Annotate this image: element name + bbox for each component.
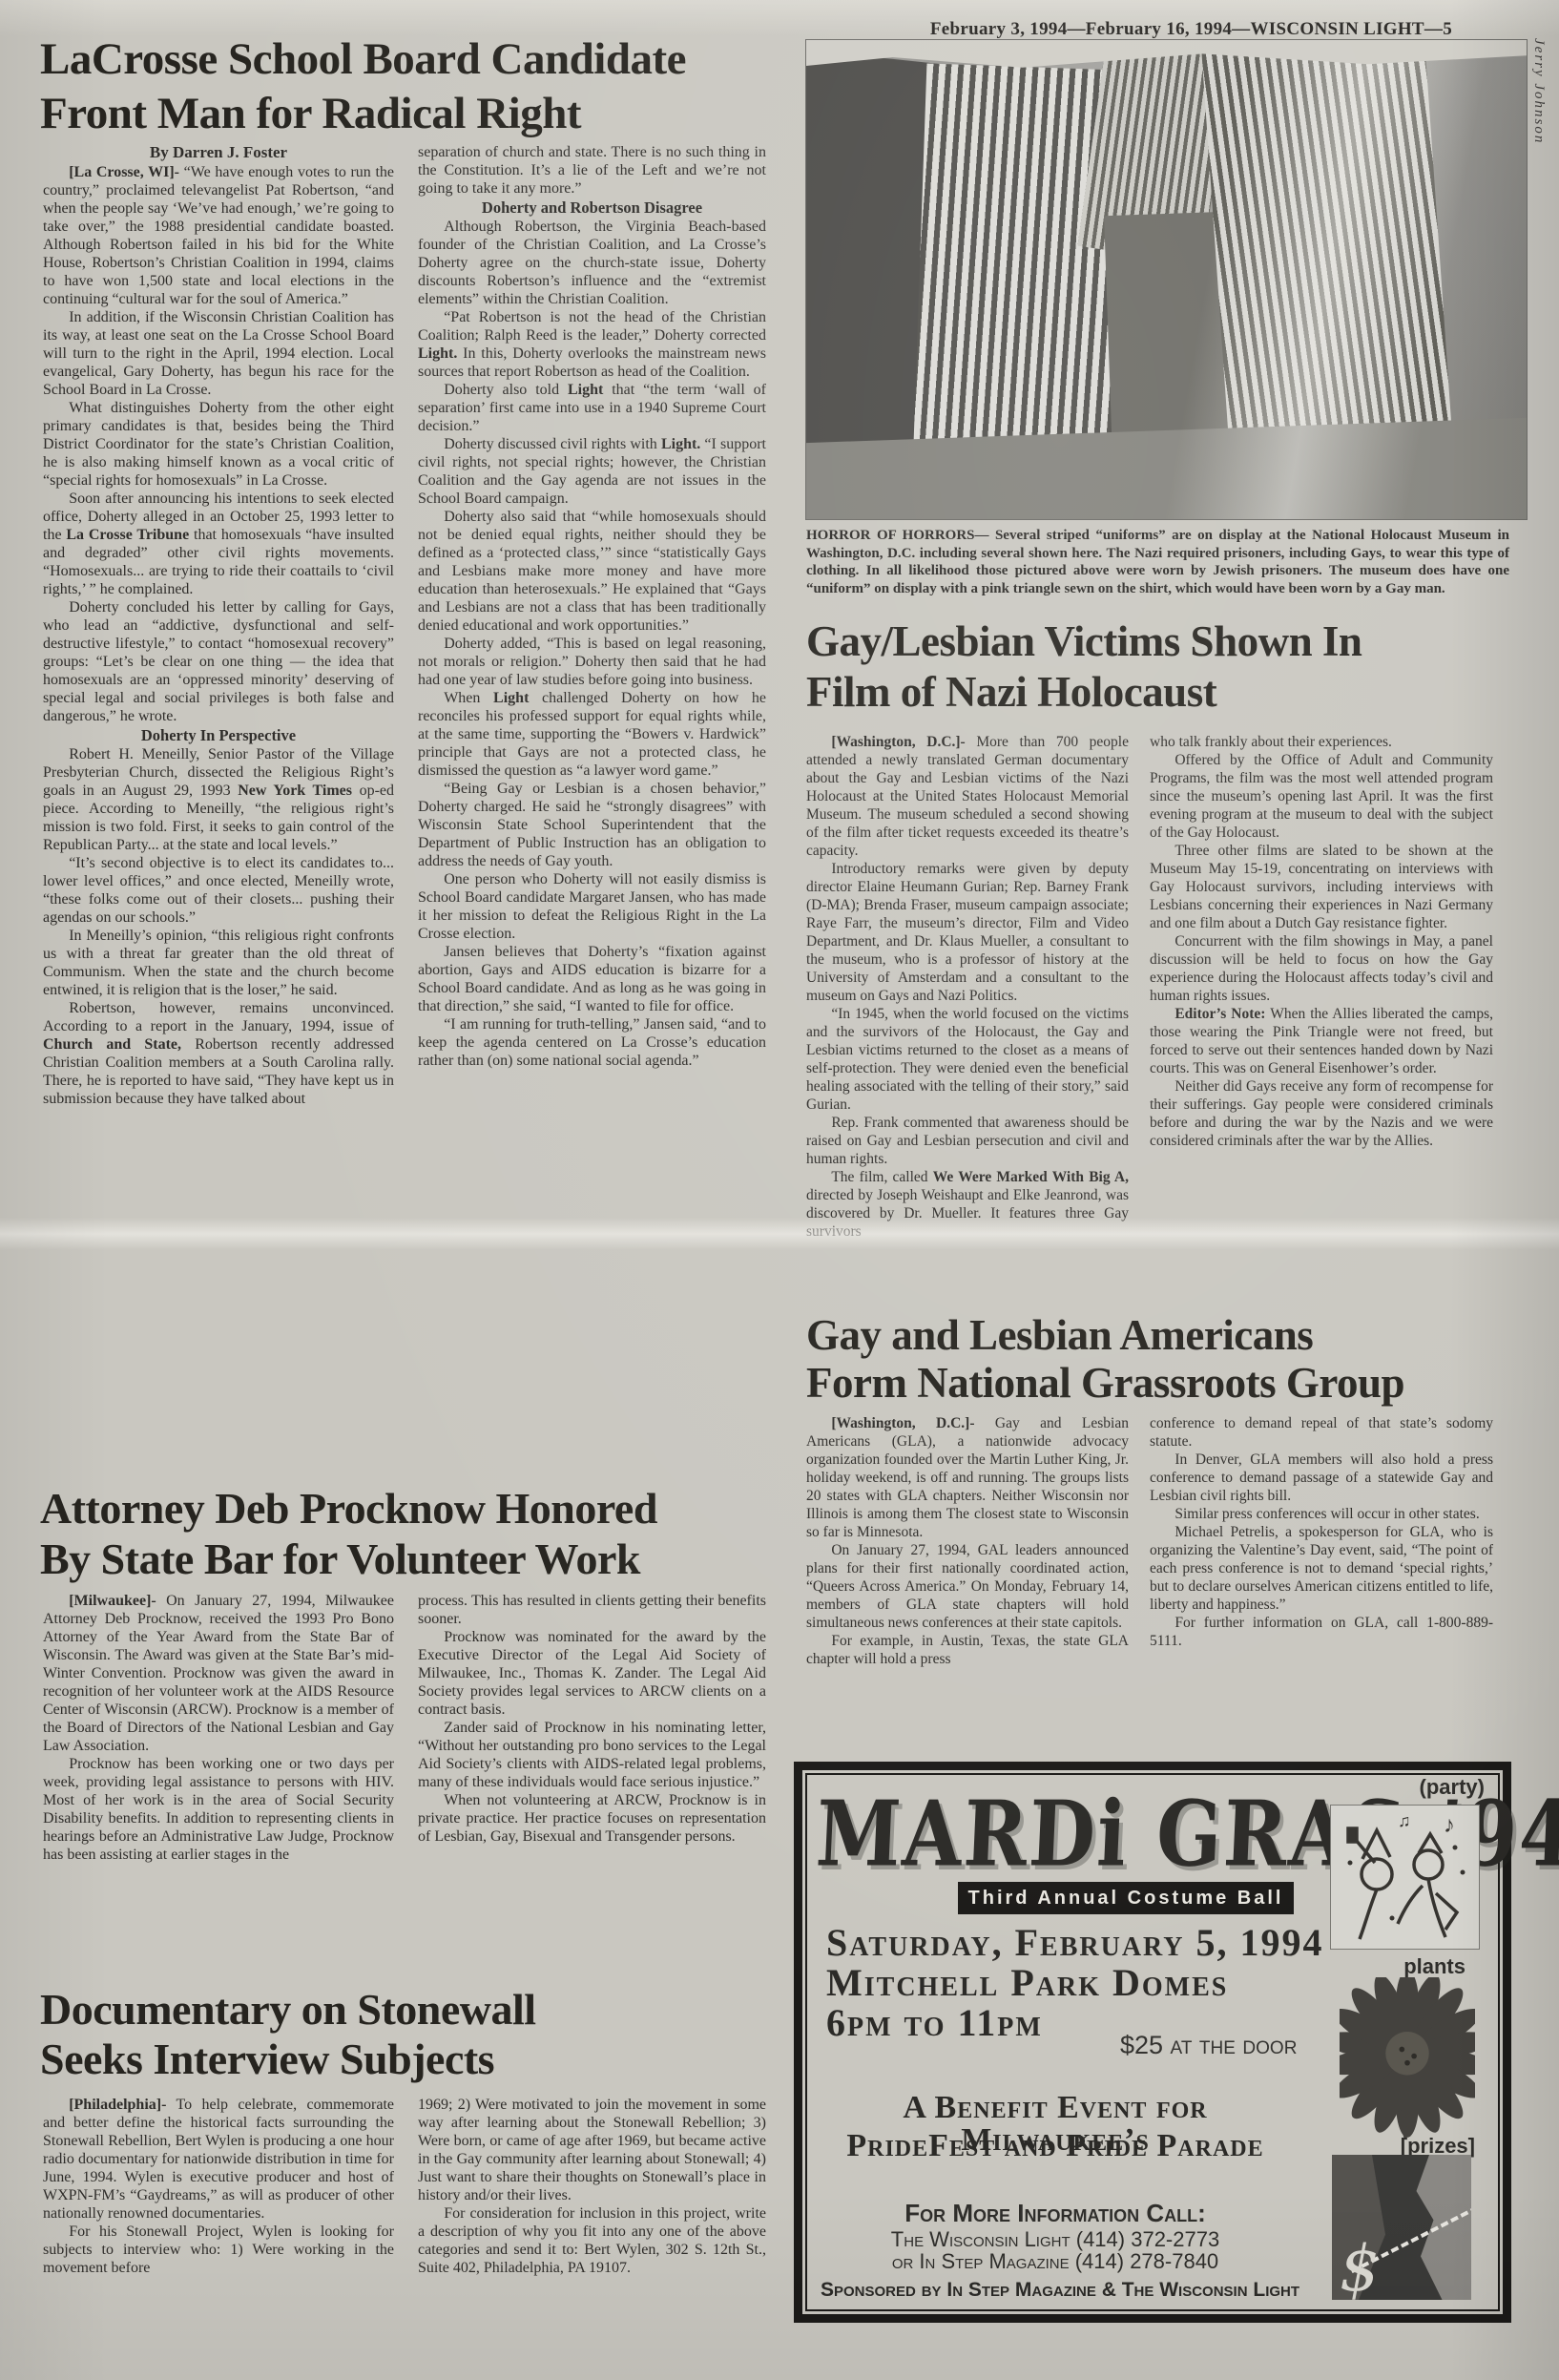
article-lacrosse-col1: By Darren J. Foster [La Crosse, WI]- “We… bbox=[43, 143, 394, 1479]
article-paragraph: Michael Petrelis, a spokesperson for GLA… bbox=[1150, 1523, 1493, 1614]
article-paragraph: “I am running for truth-telling,” Jansen… bbox=[418, 1015, 766, 1070]
article-paragraph: [La Crosse, WI]- “We have enough votes t… bbox=[43, 163, 394, 308]
headline-holocaust: Gay/Lesbian Victims Shown InFilm of Nazi… bbox=[806, 616, 1550, 718]
article-column-text: [Washington, D.C.]- Gay and Lesbian Amer… bbox=[806, 1414, 1129, 1668]
ad-event-date: Saturday, February 5, 1994 bbox=[826, 1924, 1324, 1962]
article-column-text: conference to demand repeal of that stat… bbox=[1150, 1414, 1493, 1650]
article-column-text: process. This has resulted in clients ge… bbox=[418, 1592, 766, 1846]
article-paragraph: The film, called We Were Marked With Big… bbox=[806, 1168, 1129, 1241]
article-paragraph: What distinguishes Doherty from the othe… bbox=[43, 399, 394, 490]
article-gla-col1: [Washington, D.C.]- Gay and Lesbian Amer… bbox=[806, 1414, 1129, 1739]
article-paragraph: “Being Gay or Lesbian is a chosen behavi… bbox=[418, 780, 766, 870]
headline-line: Gay/Lesbian Victims Shown In bbox=[806, 617, 1362, 665]
music-note-glyph: ♫ bbox=[1398, 1811, 1411, 1830]
article-paragraph: Rep. Frank commented that awareness shou… bbox=[806, 1114, 1129, 1168]
article-paragraph: Doherty discussed civil rights with Ligh… bbox=[418, 435, 766, 508]
article-paragraph: Neither did Gays receive any form of rec… bbox=[1150, 1077, 1493, 1150]
headline-gla: Gay and Lesbian AmericansForm National G… bbox=[806, 1311, 1556, 1407]
article-paragraph: “Pat Robertson is not the head of the Ch… bbox=[418, 308, 766, 381]
article-column-text: [Philadelphia]- To help celebrate, comme… bbox=[43, 2096, 394, 2277]
section-subhead: Doherty In Perspective bbox=[43, 726, 394, 744]
article-paragraph: Procknow was nominated for the award by … bbox=[418, 1628, 766, 1719]
article-stonewall-col2: 1969; 2) Were motivated to join the move… bbox=[418, 2096, 766, 2336]
article-paragraph: Doherty concluded his letter by calling … bbox=[43, 598, 394, 725]
article-column-text: 1969; 2) Were motivated to join the move… bbox=[418, 2096, 766, 2277]
article-paragraph: When Light challenged Doherty on how he … bbox=[418, 689, 766, 780]
article-paragraph: Jansen believes that Doherty’s “fixation… bbox=[418, 943, 766, 1015]
article-paragraph: separation of church and state. There is… bbox=[418, 143, 766, 198]
article-paragraph: For his Stonewall Project, Wylen is look… bbox=[43, 2223, 394, 2277]
newspaper-page: February 3, 1994—February 16, 1994—WISCO… bbox=[0, 0, 1559, 2380]
article-stonewall-col1: [Philadelphia]- To help celebrate, comme… bbox=[43, 2096, 394, 2336]
article-column-text: [La Crosse, WI]- “We have enough votes t… bbox=[43, 163, 394, 1108]
article-paragraph: “It’s second objective is to elect its c… bbox=[43, 854, 394, 927]
caption-lead: HORROR OF HORRORS— bbox=[806, 528, 989, 543]
party-clipart-image: ♪ ♫ bbox=[1331, 1806, 1479, 1949]
ad-event-venue: Mitchell Park Domes bbox=[826, 1964, 1228, 2002]
article-paragraph: Soon after announcing his intentions to … bbox=[43, 490, 394, 598]
article-paragraph: who talk frankly about their experiences… bbox=[1150, 733, 1493, 751]
article-paragraph: [Philadelphia]- To help celebrate, comme… bbox=[43, 2096, 394, 2223]
article-paragraph: conference to demand repeal of that stat… bbox=[1150, 1414, 1493, 1451]
article-paragraph: [Washington, D.C.]- Gay and Lesbian Amer… bbox=[806, 1414, 1129, 1541]
article-paragraph: Zander said of Procknow in his nominatin… bbox=[418, 1719, 766, 1791]
ad-info-heading: For More Information Call: bbox=[807, 2199, 1303, 2228]
article-paragraph: Concurrent with the film showings in May… bbox=[1150, 932, 1493, 1005]
flower-image bbox=[1340, 1977, 1475, 2138]
article-holocaust-col1: [Washington, D.C.]- More than 700 people… bbox=[806, 733, 1129, 1329]
ad-benefit-line2: PrideFest and Pride Parade bbox=[807, 2130, 1303, 2162]
article-paragraph: In Denver, GLA members will also hold a … bbox=[1150, 1451, 1493, 1505]
article-paragraph: In Meneilly’s opinion, “this religious r… bbox=[43, 927, 394, 999]
article-lacrosse-col2: separation of church and state. There is… bbox=[418, 143, 766, 1418]
music-note-glyph: ♪ bbox=[1444, 1813, 1455, 1838]
article-paragraph: Procknow has been working one or two day… bbox=[43, 1755, 394, 1864]
holocaust-uniforms-photo bbox=[806, 40, 1527, 519]
headline-line: Attorney Deb Procknow Honored bbox=[40, 1484, 657, 1533]
headline-lacrosse: LaCrosse School Board CandidateFront Man… bbox=[40, 32, 803, 141]
article-paragraph: Doherty added, “This is based on legal r… bbox=[418, 635, 766, 689]
article-paragraph: On January 27, 1994, GAL leaders announc… bbox=[806, 1541, 1129, 1632]
photo-caption: HORROR OF HORRORS— Several striped “unif… bbox=[806, 527, 1509, 597]
article-paragraph: Doherty also said that “while homosexual… bbox=[418, 508, 766, 635]
article-column-text: separation of church and state. There is… bbox=[418, 143, 766, 1070]
article-paragraph: Introductory remarks were given by deput… bbox=[806, 860, 1129, 1005]
article-paragraph: [Washington, D.C.]- More than 700 people… bbox=[806, 733, 1129, 860]
article-paragraph: For further information on GLA, call 1-8… bbox=[1150, 1614, 1493, 1650]
article-column-text: [Milwaukee]- On January 27, 1994, Milwau… bbox=[43, 1592, 394, 1864]
article-paragraph: process. This has resulted in clients ge… bbox=[418, 1592, 766, 1628]
masthead-dateline: February 3, 1994—February 16, 1994—WISCO… bbox=[930, 19, 1452, 40]
headline-procknow: Attorney Deb Procknow HonoredBy State Ba… bbox=[40, 1483, 803, 1584]
section-subhead: Doherty and Robertson Disagree bbox=[418, 198, 766, 217]
article-paragraph: For consideration for inclusion in this … bbox=[418, 2204, 766, 2277]
ad-inner-frame: MARDi GRAS ’94 Third Annual Costume Ball… bbox=[805, 1773, 1500, 2311]
headline-line: Documentary on Stonewall bbox=[40, 1985, 536, 2034]
headline-line: Front Man for Radical Right bbox=[40, 89, 581, 138]
article-paragraph: Although Robertson, the Virginia Beach-b… bbox=[418, 218, 766, 308]
dollar-sign-glyph: $ bbox=[1340, 2232, 1380, 2300]
ad-sponsor-line: Sponsored by In Step Magazine & The Wisc… bbox=[821, 2279, 1299, 2302]
article-procknow-col1: [Milwaukee]- On January 27, 1994, Milwau… bbox=[43, 1592, 394, 1973]
byline: By Darren J. Foster bbox=[43, 143, 394, 161]
headline-stonewall: Documentary on StonewallSeeks Interview … bbox=[40, 1985, 803, 2084]
article-paragraph: Robertson, however, remains unconvinced.… bbox=[43, 999, 394, 1108]
article-paragraph: For example, in Austin, Texas, the state… bbox=[806, 1632, 1129, 1668]
ad-event-time: 6pm to 11pm bbox=[826, 2004, 1043, 2042]
article-paragraph: Robert H. Meneilly, Senior Pastor of the… bbox=[43, 745, 394, 854]
photo-credit: Jerry Johnson bbox=[1530, 38, 1547, 144]
headline-line: LaCrosse School Board Candidate bbox=[40, 34, 686, 84]
costume-ball-banner: Third Annual Costume Ball bbox=[958, 1882, 1294, 1914]
article-paragraph: Offered by the Office of Adult and Commu… bbox=[1150, 751, 1493, 842]
headline-line: Film of Nazi Holocaust bbox=[806, 668, 1216, 716]
headline-line: Form National Grassroots Group bbox=[806, 1359, 1404, 1407]
article-paragraph: [Milwaukee]- On January 27, 1994, Milwau… bbox=[43, 1592, 394, 1755]
prizes-photo-image: $ bbox=[1332, 2155, 1471, 2300]
article-gla-col2: conference to demand repeal of that stat… bbox=[1150, 1414, 1493, 1739]
ad-phone-in-step: or In Step Magazine (414) 278-7840 bbox=[807, 2249, 1303, 2274]
article-paragraph: When not volunteering at ARCW, Procknow … bbox=[418, 1791, 766, 1846]
article-paragraph: In addition, if the Wisconsin Christian … bbox=[43, 308, 394, 399]
article-paragraph: One person who Doherty will not easily d… bbox=[418, 870, 766, 943]
article-column-text: who talk frankly about their experiences… bbox=[1150, 733, 1493, 1150]
mardi-gras-ad: MARDi GRAS ’94 Third Annual Costume Ball… bbox=[794, 1762, 1511, 2323]
ad-price: $25 at the door bbox=[1120, 2031, 1297, 2060]
party-label: (party) bbox=[1420, 1775, 1485, 1800]
article-paragraph: Doherty also told Light that “the term ‘… bbox=[418, 381, 766, 435]
article-paragraph: 1969; 2) Were motivated to join the move… bbox=[418, 2096, 766, 2204]
plants-label: plants bbox=[1403, 1954, 1465, 1979]
article-paragraph: Editor’s Note: When the Allies liberated… bbox=[1150, 1005, 1493, 1077]
article-paragraph: “In 1945, when the world focused on the … bbox=[806, 1005, 1129, 1114]
article-procknow-col2: process. This has resulted in clients ge… bbox=[418, 1592, 766, 1964]
article-column-text: [Washington, D.C.]- More than 700 people… bbox=[806, 733, 1129, 1241]
article-paragraph: Similar press conferences will occur in … bbox=[1150, 1505, 1493, 1523]
article-paragraph: Three other films are slated to be shown… bbox=[1150, 842, 1493, 932]
headline-line: Seeks Interview Subjects bbox=[40, 2035, 494, 2083]
headline-line: By State Bar for Volunteer Work bbox=[40, 1534, 640, 1583]
article-holocaust-col2: who talk frankly about their experiences… bbox=[1150, 733, 1493, 1305]
headline-line: Gay and Lesbian Americans bbox=[806, 1311, 1313, 1359]
photo-glare bbox=[806, 40, 1527, 519]
